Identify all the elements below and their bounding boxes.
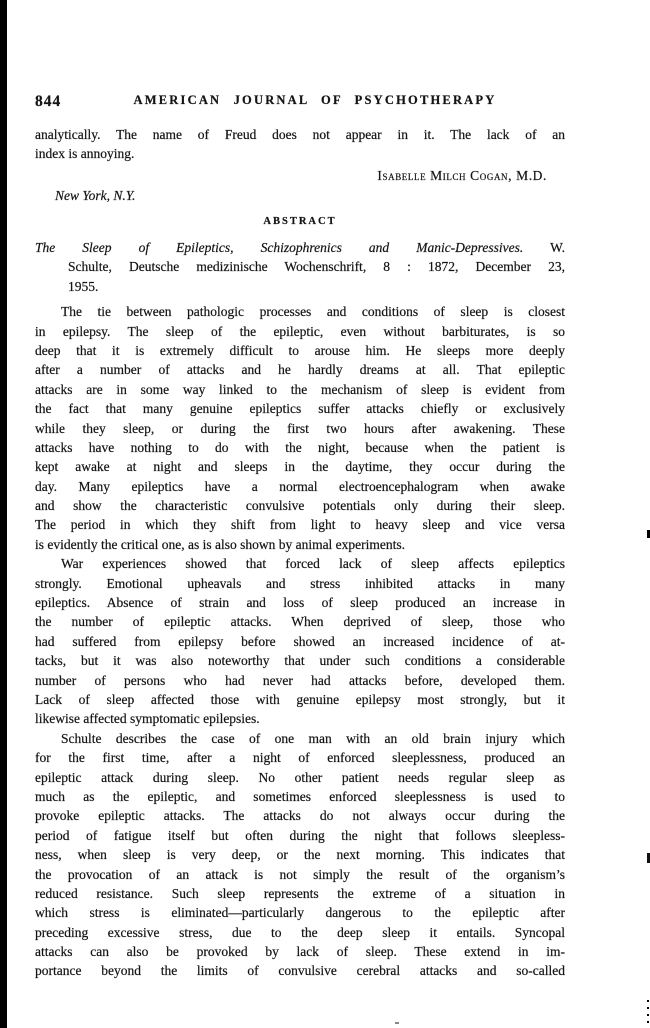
text-line: and show the characteristic convulsive p… bbox=[35, 496, 565, 515]
page-number: 844 bbox=[35, 93, 61, 111]
reference-title: The Sleep of Epileptics, Schizophrenics … bbox=[35, 240, 523, 255]
text-line: day. Many epileptics have a normal elect… bbox=[35, 477, 565, 496]
text-line: The period in which they shift from ligh… bbox=[35, 515, 565, 534]
text-block: 844 AMERICAN JOURNAL OF PSYCHOTHERAPY an… bbox=[35, 0, 565, 981]
running-header: 844 AMERICAN JOURNAL OF PSYCHOTHERAPY bbox=[35, 93, 565, 111]
text-line: kept awake at night and sleeps in the da… bbox=[35, 457, 565, 476]
text-line: index is annoying. bbox=[35, 144, 565, 163]
reviewer-location: New York, N.Y. bbox=[35, 186, 565, 205]
text-line: period of fatigue itself but often durin… bbox=[35, 826, 565, 845]
scanned-journal-page: 844 AMERICAN JOURNAL OF PSYCHOTHERAPY an… bbox=[0, 0, 650, 1028]
text-line: tacks, but it was also noteworthy that u… bbox=[35, 651, 565, 670]
text-line: attacks are in some way linked to the me… bbox=[35, 380, 565, 399]
text-line: analytically. The name of Freud does not… bbox=[35, 125, 565, 144]
scan-artifact-dots bbox=[647, 1000, 649, 1026]
text-line: number of persons who had never had atta… bbox=[35, 671, 565, 690]
abstract-body: The tie between pathologic processes and… bbox=[35, 302, 565, 981]
text-line: epileptic attack during sleep. No other … bbox=[35, 768, 565, 787]
text-line: much as the epileptic, and sometimes enf… bbox=[35, 787, 565, 806]
text-line: The tie between pathologic processes and… bbox=[35, 302, 565, 321]
text-line: portance beyond the limits of convulsive… bbox=[35, 961, 565, 980]
text-line: which stress is eliminated—particularly … bbox=[35, 903, 565, 922]
text-line: preceding excessive stress, due to the d… bbox=[35, 923, 565, 942]
reference-continuation-line: Schulte, Deutsche medizinische Wochensch… bbox=[35, 257, 565, 276]
text-line: epileptics. Absence of strain and loss o… bbox=[35, 593, 565, 612]
text-line: attacks can also be provoked by lack of … bbox=[35, 942, 565, 961]
text-line: the fact that many genuine epileptics su… bbox=[35, 399, 565, 418]
text-line: Lack of sleep affected those with genuin… bbox=[35, 690, 565, 709]
text-line: War experiences showed that forced lack … bbox=[35, 554, 565, 573]
text-line: after a number of attacks and he hardly … bbox=[35, 360, 565, 379]
abstract-paragraph: The tie between pathologic processes and… bbox=[35, 302, 565, 554]
text-line: had suffered from epilepsy before showed… bbox=[35, 632, 565, 651]
text-line: Schulte describes the case of one man wi… bbox=[35, 729, 565, 748]
text-line: is evidently the critical one, as is als… bbox=[35, 535, 565, 554]
text-line: the number of epileptic attacks. When de… bbox=[35, 612, 565, 631]
text-line: strongly. Emotional upheavals and stress… bbox=[35, 574, 565, 593]
text-line: deep that it is extremely difficult to a… bbox=[35, 341, 565, 360]
reference-entry: The Sleep of Epileptics, Schizophrenics … bbox=[35, 238, 565, 296]
reference-title-line: The Sleep of Epileptics, Schizophrenics … bbox=[35, 238, 565, 257]
abstract-paragraph: Schulte describes the case of one man wi… bbox=[35, 729, 565, 981]
text-line: while they sleep, or during the first tw… bbox=[35, 419, 565, 438]
reference-year-line: 1955. bbox=[35, 277, 565, 296]
abstract-section-heading: ABSTRACT bbox=[35, 212, 565, 231]
abstract-paragraph: War experiences showed that forced lack … bbox=[35, 554, 565, 729]
scan-artifact-speck bbox=[395, 1022, 399, 1024]
text-line: likewise affected symptomatic epilepsies… bbox=[35, 709, 565, 728]
text-line: in epilepsy. The sleep of the epileptic,… bbox=[35, 322, 565, 341]
text-line: reduced resistance. Such sleep represent… bbox=[35, 884, 565, 903]
text-line: provoke epileptic attacks. The attacks d… bbox=[35, 806, 565, 825]
reviewer-byline: Isabelle Milch Cogan, M.D. bbox=[35, 166, 565, 185]
scan-gutter-edge bbox=[0, 0, 7, 1028]
text-line: attacks have nothing to do with the nigh… bbox=[35, 438, 565, 457]
text-line: ness, when sleep is very deep, or the ne… bbox=[35, 845, 565, 864]
text-line: for the first time, after a night of enf… bbox=[35, 748, 565, 767]
journal-title-header: AMERICAN JOURNAL OF PSYCHOTHERAPY bbox=[35, 93, 565, 108]
review-closing-paragraph: analytically. The name of Freud does not… bbox=[35, 125, 565, 164]
reference-author-initial: W. bbox=[523, 240, 565, 255]
text-line: the provocation of an attack is not simp… bbox=[35, 865, 565, 884]
